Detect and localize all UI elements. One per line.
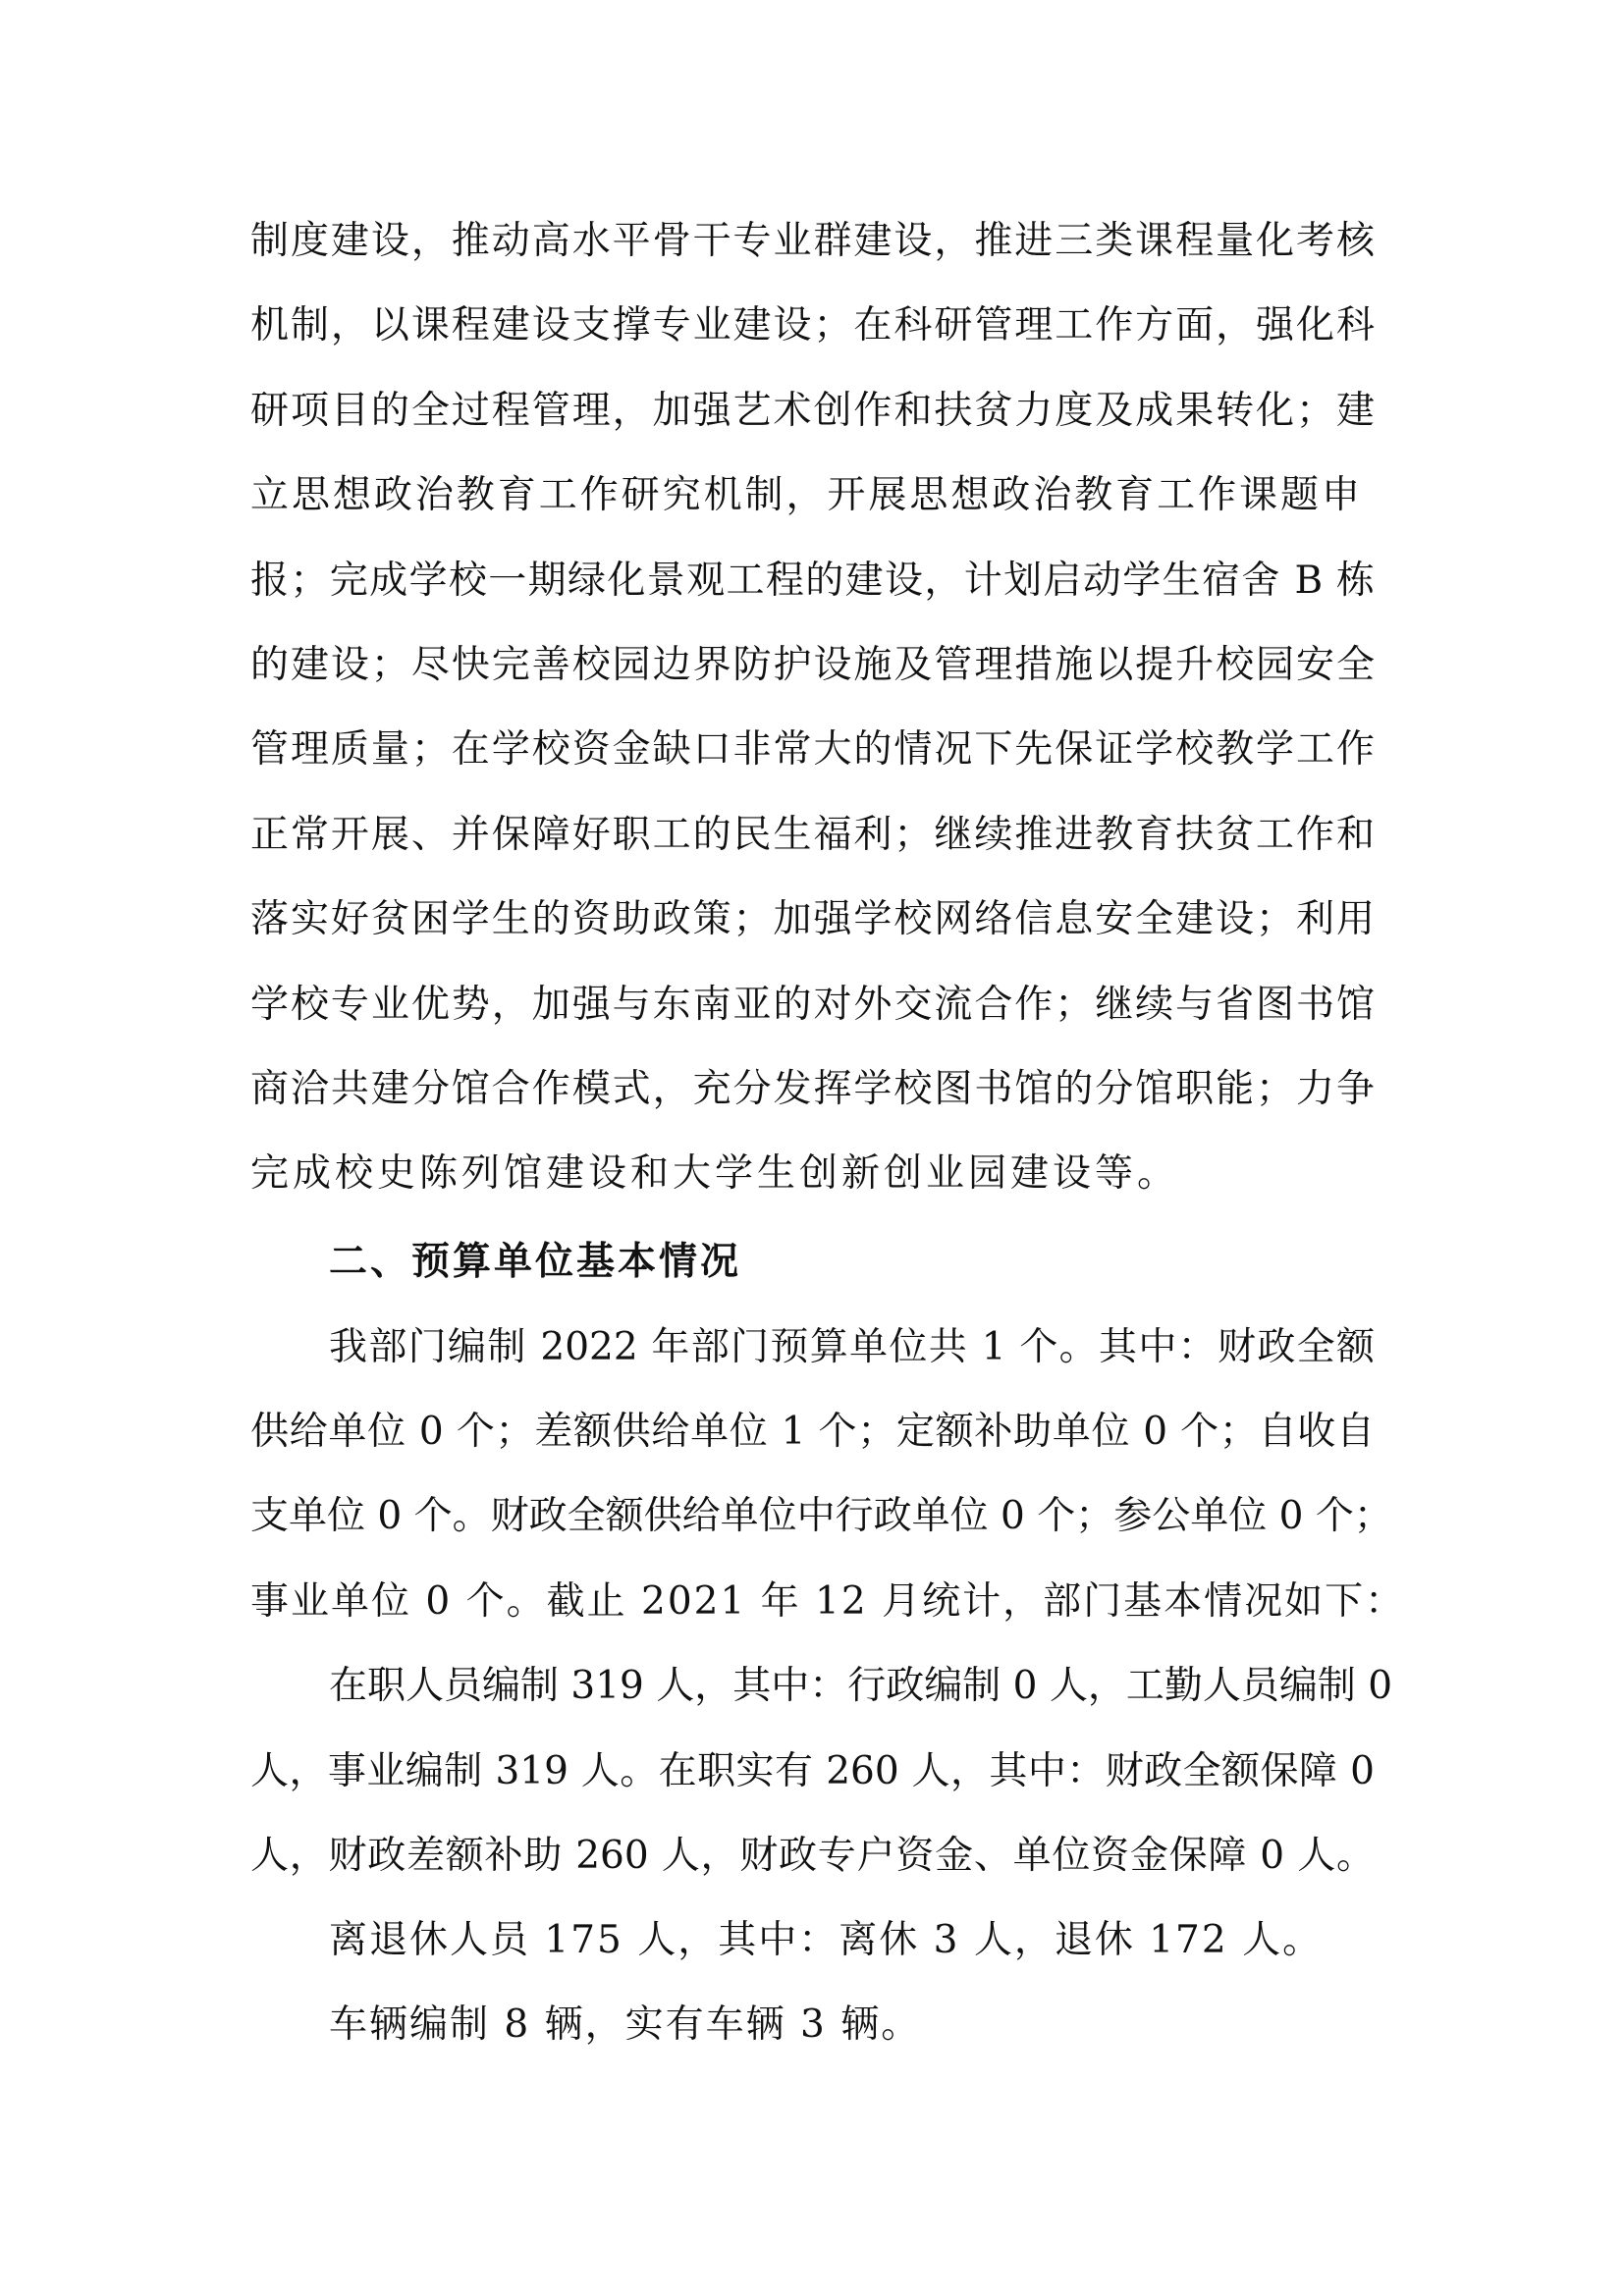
body-line: 机制，以课程建设支撑专业建设；在科研管理工作方面，强化科 [250, 284, 1375, 368]
section-heading: 二、预算单位基本情况 [329, 1220, 1375, 1305]
paragraph-end-line: 事业单位 0 个。截止 2021 年 12 月统计，部门基本情况如下： [250, 1560, 1375, 1644]
body-line: 正常开展、并保障好职工的民生福利；继续推进教育扶贫工作和 [250, 793, 1375, 878]
paragraph-end-line: 完成校史陈列馆建设和大学生创新创业园建设等。 [250, 1132, 1375, 1216]
body-line: 我部门编制 2022 年部门预算单位共 1 个。其中：财政全额 [329, 1306, 1375, 1390]
paragraph-line: 离退休人员 175 人，其中：离休 3 人，退休 172 人。 [329, 1898, 1375, 1983]
body-line: 报；完成学校一期绿化景观工程的建设，计划启动学生宿舍 B 栋 [250, 539, 1375, 623]
paragraph-line: 车辆编制 8 辆，实有车辆 3 辆。 [329, 1983, 1375, 2067]
body-line: 商洽共建分馆合作模式，充分发挥学校图书馆的分馆职能；力争 [250, 1047, 1375, 1132]
body-line: 落实好贫困学生的资助政策；加强学校网络信息安全建设；利用 [250, 878, 1375, 962]
body-line: 支单位 0 个。财政全额供给单位中行政单位 0 个；参公单位 0 个； [250, 1474, 1375, 1559]
document-page: 制度建设，推动高水平骨干专业群建设，推进三类课程量化考核 机制，以课程建设支撑专… [0, 0, 1624, 2296]
body-line: 学校专业优势，加强与东南亚的对外交流合作；继续与省图书馆 [250, 963, 1375, 1047]
body-line: 在职人员编制 319 人，其中：行政编制 0 人，工勤人员编制 0 [329, 1644, 1375, 1729]
body-line: 人，事业编制 319 人。在职实有 260 人，其中：财政全额保障 0 [250, 1730, 1375, 1814]
body-line: 立思想政治教育工作研究机制，开展思想政治教育工作课题申 [250, 454, 1360, 538]
body-line: 制度建设，推动高水平骨干专业群建设，推进三类课程量化考核 [250, 199, 1375, 284]
body-line: 人，财政差额补助 260 人，财政专户资金、单位资金保障 0 人。 [250, 1814, 1375, 1898]
body-line: 管理质量；在学校资金缺口非常大的情况下先保证学校教学工作 [250, 708, 1375, 792]
body-line: 的建设；尽快完善校园边界防护设施及管理措施以提升校园安全 [250, 623, 1375, 708]
body-line: 研项目的全过程管理，加强艺术创作和扶贫力度及成果转化；建 [250, 369, 1375, 454]
body-line: 供给单位 0 个；差额供给单位 1 个；定额补助单位 0 个；自收自 [250, 1390, 1375, 1474]
